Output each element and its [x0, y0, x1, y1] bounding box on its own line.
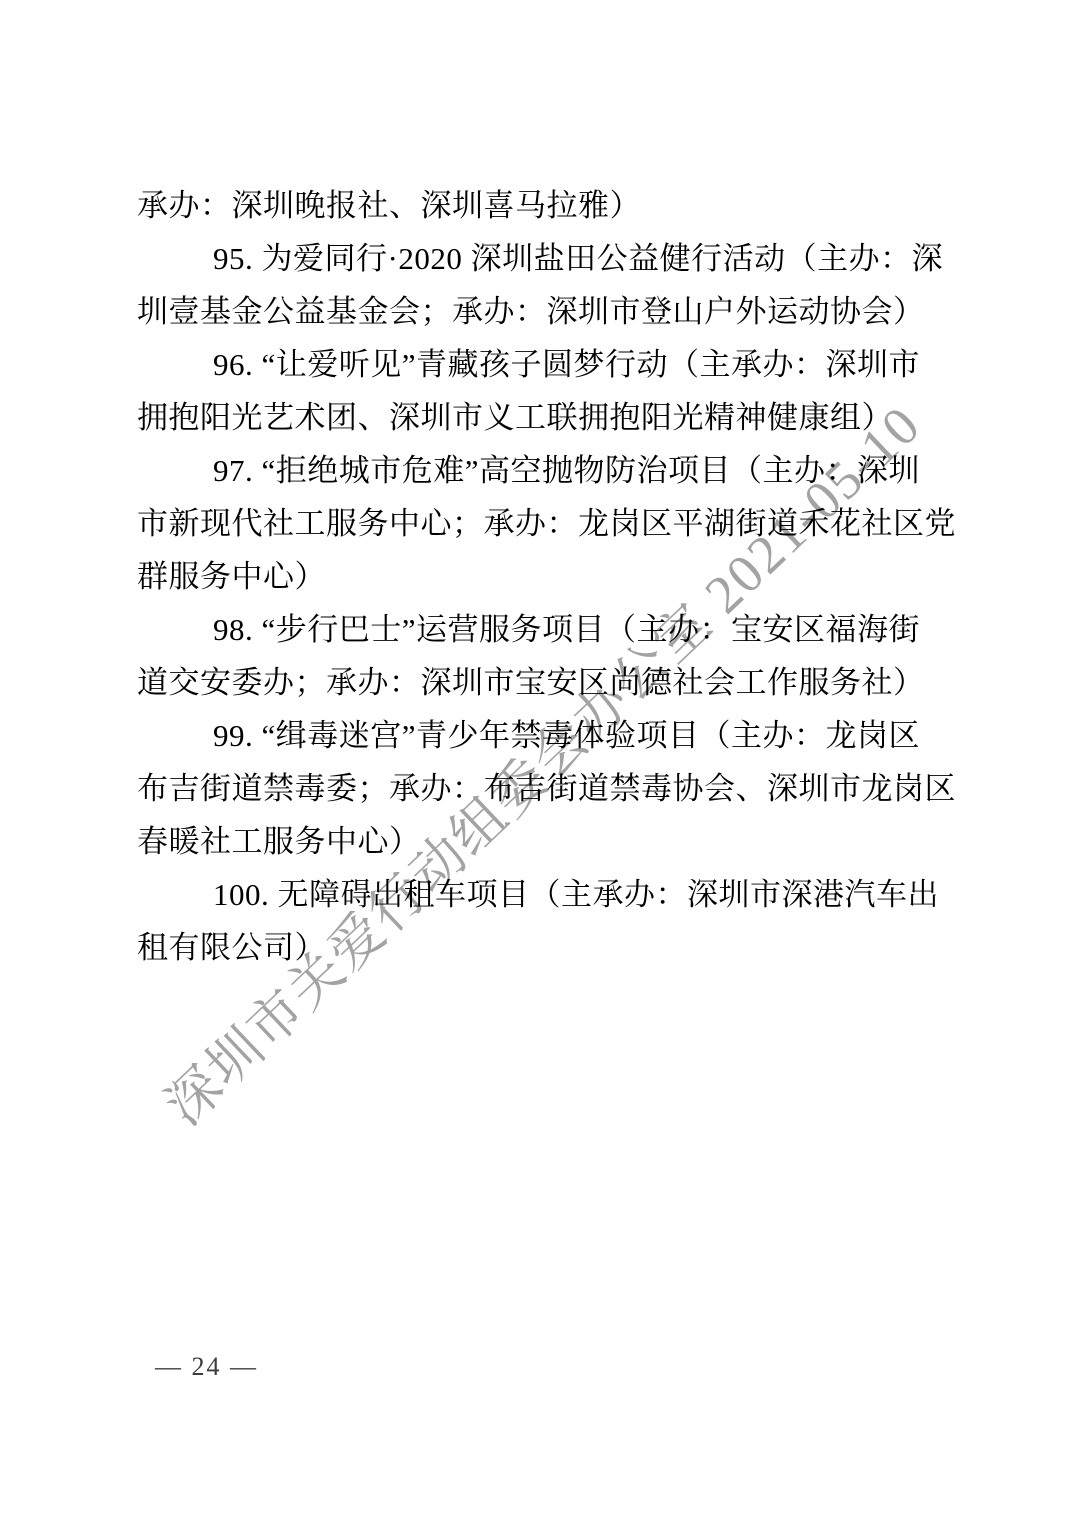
body-line: 97. “拒绝城市危难”高空抛物防治项目（主办：深圳	[137, 444, 943, 497]
body-line: 拥抱阳光艺术团、深圳市义工联拥抱阳光精神健康组）	[137, 391, 943, 444]
body-line: 98. “步行巴士”运营服务项目（主办：宝安区福海街	[137, 603, 943, 656]
body-line: 承办：深圳晚报社、深圳喜马拉雅）	[137, 179, 943, 232]
page-number: — 24 —	[155, 1352, 258, 1382]
body-line: 春暖社工服务中心）	[137, 815, 943, 868]
body-line: 布吉街道禁毒委；承办：布吉街道禁毒协会、深圳市龙岗区	[137, 762, 943, 815]
body-line: 道交安委办；承办：深圳市宝安区尚德社会工作服务社）	[137, 656, 943, 709]
document-page: 深圳市关爱行动组委会办公室 2021-05-10 承办：深圳晚报社、深圳喜马拉雅…	[0, 0, 1080, 1527]
body-line: 租有限公司）	[137, 921, 943, 974]
body-line: 96. “让爱听见”青藏孩子圆梦行动（主承办：深圳市	[137, 338, 943, 391]
body-line: 圳壹基金公益基金会；承办：深圳市登山户外运动协会）	[137, 285, 943, 338]
body-line: 群服务中心）	[137, 550, 943, 603]
body-line: 95. 为爱同行·2020 深圳盐田公益健行活动（主办：深	[137, 232, 943, 285]
body-line: 99. “缉毒迷宫”青少年禁毒体验项目（主办：龙岗区	[137, 709, 943, 762]
document-body: 承办：深圳晚报社、深圳喜马拉雅） 95. 为爱同行·2020 深圳盐田公益健行活…	[137, 179, 943, 974]
body-line: 100. 无障碍出租车项目（主承办：深圳市深港汽车出	[137, 868, 943, 921]
body-line: 市新现代社工服务中心；承办：龙岗区平湖街道禾花社区党	[137, 497, 943, 550]
